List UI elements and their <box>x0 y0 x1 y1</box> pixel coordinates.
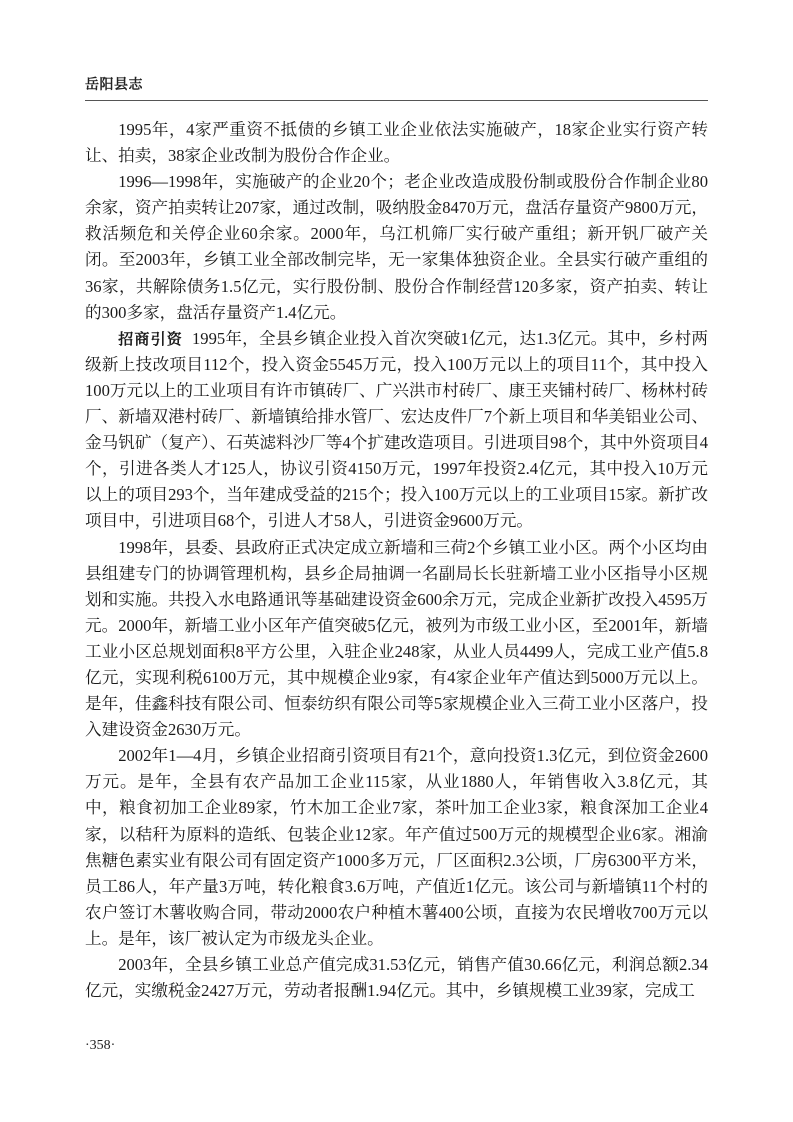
paragraph-2: 1996—1998年，实施破产的企业20个；老企业改造成股份制或股份合作制企业8… <box>85 169 708 326</box>
paragraph-text: 1995年，全县乡镇企业投入首次突破1亿元，达1.3亿元。其中，乡村两级新上技改… <box>85 329 708 531</box>
running-head: 岳阳县志 <box>85 74 708 94</box>
paragraph-6: 2003年，全县乡镇工业总产值完成31.53亿元，销售产值30.66亿元，利润总… <box>85 952 708 1004</box>
paragraph-text: 1996—1998年，实施破产的企业20个；老企业改造成股份制或股份合作制企业8… <box>85 172 708 321</box>
section-run-in-heading: 招商引资 <box>118 330 183 348</box>
paragraph-5: 2002年1—4月，乡镇企业招商引资项目有21个，意向投资1.3亿元，到位资金2… <box>85 743 708 952</box>
header-rule <box>85 100 708 101</box>
paragraph-text: 2003年，全县乡镇工业总产值完成31.53亿元，销售产值30.66亿元，利润总… <box>85 955 708 1000</box>
paragraph-text: 2002年1—4月，乡镇企业招商引资项目有21个，意向投资1.3亿元，到位资金2… <box>85 746 708 948</box>
paragraph-1: 1995年，4家严重资不抵债的乡镇工业企业依法实施破产，18家企业实行资产转让、… <box>85 117 708 169</box>
paragraph-3: 招商引资1995年，全县乡镇企业投入首次突破1亿元，达1.3亿元。其中，乡村两级… <box>85 326 708 535</box>
body-text: 1995年，4家严重资不抵债的乡镇工业企业依法实施破产，18家企业实行资产转让、… <box>85 117 708 1004</box>
paragraph-4: 1998年，县委、县政府正式决定成立新墙和三荷2个乡镇工业小区。两个小区均由县组… <box>85 535 708 744</box>
paragraph-text: 1998年，县委、县政府正式决定成立新墙和三荷2个乡镇工业小区。两个小区均由县组… <box>85 538 708 740</box>
page-number: ·358· <box>85 1038 115 1054</box>
paragraph-text: 1995年，4家严重资不抵债的乡镇工业企业依法实施破产，18家企业实行资产转让、… <box>85 120 708 165</box>
